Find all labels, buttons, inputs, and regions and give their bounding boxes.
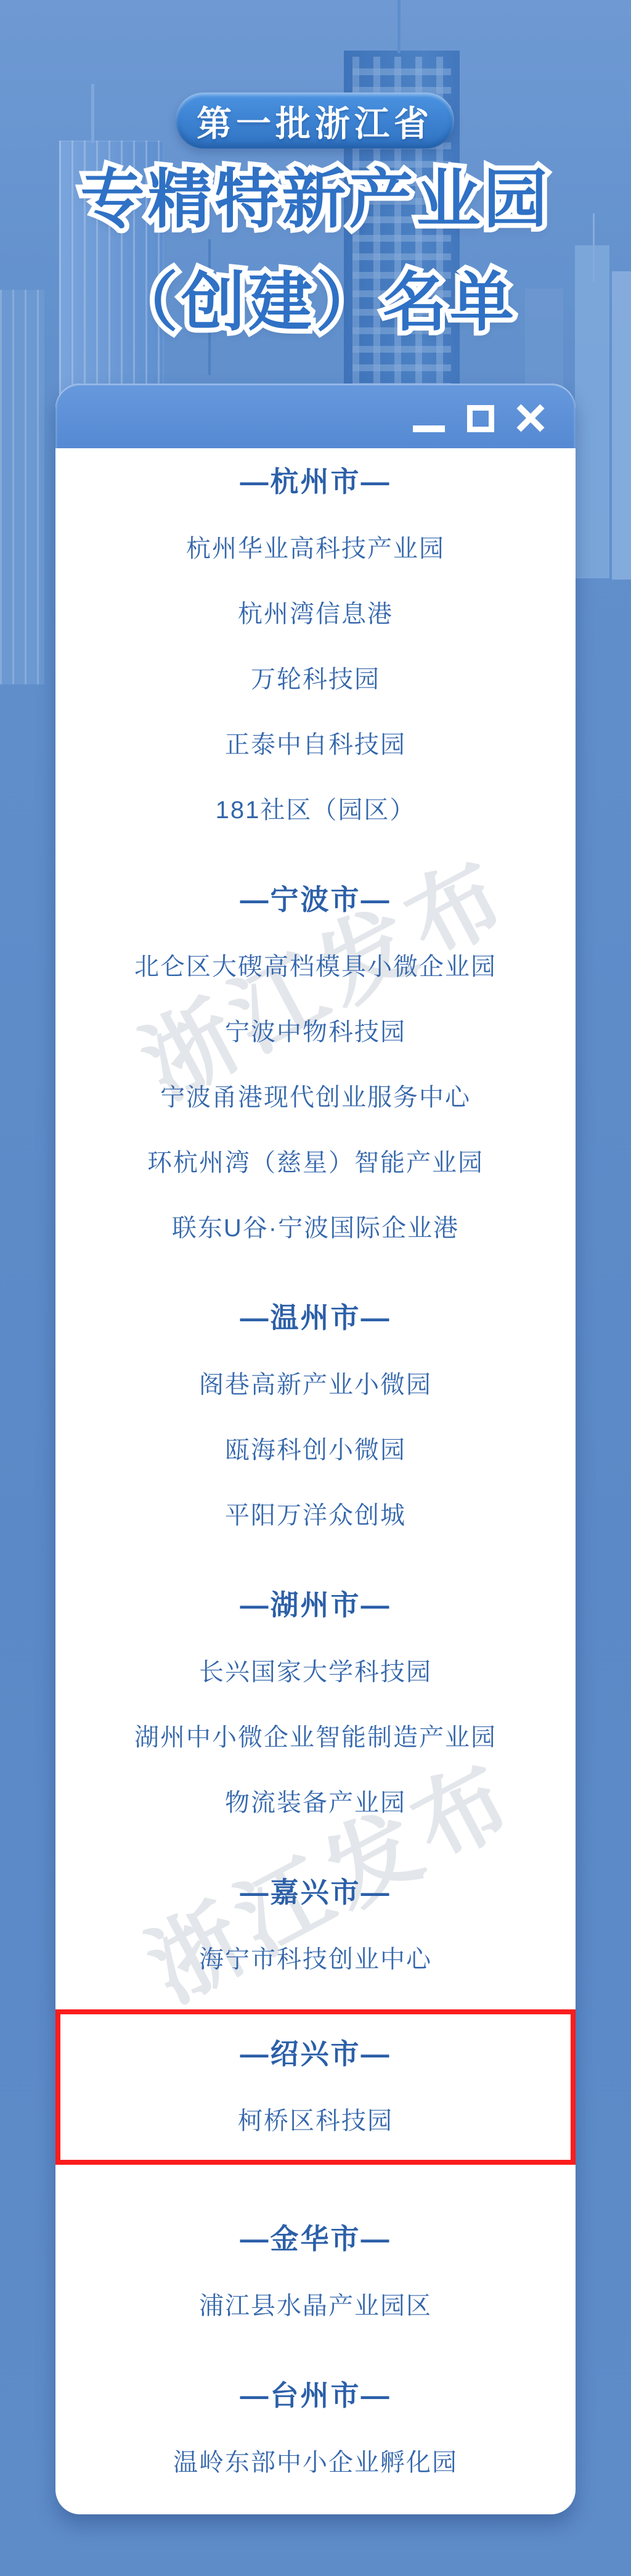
city-section: —嘉兴市—海宁市科技创业中心 [55, 1875, 576, 1975]
close-icon[interactable] [516, 404, 545, 432]
window-titlebar [55, 384, 576, 448]
city-section: —台州市—温岭东部中小企业孵化园 [55, 2378, 576, 2478]
batch-badge: 第一批浙江省 [176, 92, 454, 149]
city-section: —金华市—浦江县水晶产业园区 [55, 2221, 576, 2321]
city-section: —杭州市—杭州华业高科技产业园杭州湾信息港万轮科技园正泰中自科技园181社区（园… [55, 464, 576, 826]
park-item: 长兴国家大学科技园 [55, 1657, 576, 1688]
park-item: 181社区（园区） [55, 795, 576, 826]
poster-title-line1: 专精特新产业园 [0, 163, 631, 237]
park-item: 阁巷高新产业小微园 [55, 1369, 576, 1400]
park-item: 宁波中物科技园 [55, 1017, 576, 1048]
city-section: —温州市—阁巷高新产业小微园瓯海科创小微园平阳万洋众创城 [55, 1300, 576, 1531]
poster-background: 第一批浙江省 专精特新产业园 （创建）名单 浙江发布 浙江发布 —杭州市—杭州华… [0, 0, 631, 2576]
park-item: 环杭州湾（慈星）智能产业园 [55, 1147, 576, 1178]
park-list: —杭州市—杭州华业高科技产业园杭州湾信息港万轮科技园正泰中自科技园181社区（园… [55, 448, 576, 2478]
minimize-icon[interactable] [413, 425, 445, 432]
list-window: 浙江发布 浙江发布 —杭州市—杭州华业高科技产业园杭州湾信息港万轮科技园正泰中自… [55, 384, 576, 2514]
park-item: 物流装备产业园 [55, 1787, 576, 1818]
park-item: 温岭东部中小企业孵化园 [55, 2447, 576, 2478]
city-section: —湖州市—长兴国家大学科技园湖州中小微企业智能制造产业园物流装备产业园 [55, 1588, 576, 1818]
park-item: 宁波甬港现代创业服务中心 [55, 1082, 576, 1113]
park-item: 柯桥区科技园 [67, 2106, 564, 2136]
city-header: —嘉兴市— [55, 1875, 576, 1909]
maximize-icon[interactable] [467, 405, 494, 432]
park-item: 瓯海科创小微园 [55, 1435, 576, 1466]
city-section: —宁波市—北仑区大碶高档模具小微企业园宁波中物科技园宁波甬港现代创业服务中心环杭… [55, 882, 576, 1244]
building-silhouette [0, 290, 44, 684]
park-item: 海宁市科技创业中心 [55, 1944, 576, 1975]
antenna-line [397, 0, 401, 53]
city-header: —宁波市— [55, 882, 576, 917]
city-header: —杭州市— [55, 464, 576, 499]
city-header: —湖州市— [55, 1588, 576, 1622]
poster-title-line2: （创建）名单 [0, 266, 631, 340]
city-header: —金华市— [55, 2221, 576, 2256]
park-item: 湖州中小微企业智能制造产业园 [55, 1722, 576, 1753]
antenna-line [91, 84, 94, 143]
city-section-highlighted: —绍兴市—柯桥区科技园 [55, 2009, 576, 2165]
park-item: 杭州湾信息港 [55, 599, 576, 630]
city-header: —台州市— [55, 2378, 576, 2413]
window-controls [413, 404, 545, 432]
park-item: 平阳万洋众创城 [55, 1500, 576, 1531]
park-item: 联东U谷·宁波国际企业港 [55, 1213, 576, 1244]
city-header: —温州市— [55, 1300, 576, 1335]
park-item: 北仑区大碶高档模具小微企业园 [55, 951, 576, 982]
park-item: 正泰中自科技园 [55, 729, 576, 760]
park-item: 浦江县水晶产业园区 [55, 2291, 576, 2321]
park-item: 杭州华业高科技产业园 [55, 533, 576, 564]
park-item: 万轮科技园 [55, 664, 576, 695]
poster-title: 专精特新产业园 （创建）名单 [0, 163, 631, 340]
batch-badge-label: 第一批浙江省 [197, 96, 433, 146]
city-header: —绍兴市— [67, 2037, 564, 2071]
